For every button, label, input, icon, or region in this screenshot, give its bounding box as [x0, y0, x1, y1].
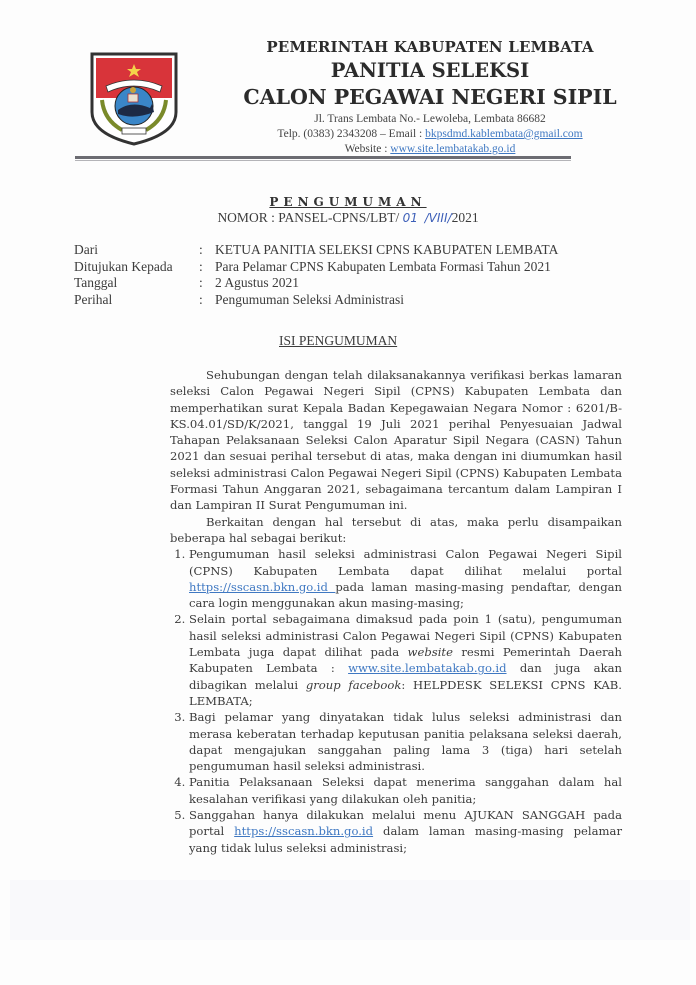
committee-name: PANITIA SELEKSI [200, 59, 660, 85]
item-text: Panitia Pelaksanaan Seleksi dapat meneri… [189, 775, 622, 805]
lembata-emblem-icon [88, 50, 180, 146]
meta-row-date: Tanggal:2 Agustus 2021 [74, 275, 558, 292]
meta-sep: : [199, 242, 215, 259]
list-item: Selain portal sebagaimana dimaksud pada … [189, 611, 622, 709]
meta-value: Pengumuman Seleksi Administrasi [215, 292, 404, 309]
meta-sep: : [199, 275, 215, 292]
list-item: Panitia Pelaksanaan Seleksi dapat meneri… [189, 774, 622, 807]
paragraph-points-intro: Berkaitan dengan hal tersebut di atas, m… [170, 514, 622, 547]
committee-subtitle: CALON PEGAWAI NEGERI SIPIL [200, 85, 660, 112]
handwritten-number: 01 [403, 211, 418, 225]
meta-value: KETUA PANITIA SELEKSI CPNS KABUPATEN LEM… [215, 242, 558, 259]
item-text: Bagi pelamar yang dinyatakan tidak lulus… [189, 710, 622, 773]
meta-row-subject: Perihal:Pengumuman Seleksi Administrasi [74, 292, 558, 309]
announcement-page: PEMERINTAH KABUPATEN LEMBATA PANITIA SEL… [0, 0, 696, 985]
letter-metadata: Dari:KETUA PANITIA SELEKSI CPNS KABUPATE… [74, 242, 558, 308]
meta-sep: : [199, 259, 215, 276]
list-item: Pengumuman hasil seleksi administrasi Ca… [189, 546, 622, 611]
item-italic: website [408, 645, 453, 659]
announcement-body: Sehubungan dengan telah dilaksanakannya … [170, 367, 622, 856]
meta-row-from: Dari:KETUA PANITIA SELEKSI CPNS KABUPATE… [74, 242, 558, 259]
number-prefix: NOMOR : PANSEL-CPNS/LBT/ [217, 210, 402, 225]
sscasn-link[interactable]: https://sscasn.bkn.go.id [234, 824, 373, 838]
sscasn-link[interactable]: https://sscasn.bkn.go.id [189, 580, 335, 594]
paragraph-intro: Sehubungan dengan telah dilaksanakannya … [170, 367, 622, 514]
meta-label: Perihal [74, 292, 199, 309]
government-name: PEMERINTAH KABUPATEN LEMBATA [200, 38, 660, 58]
website-label: Website : [345, 143, 391, 155]
item-italic: group facebook [306, 678, 402, 692]
website-link[interactable]: www.site.lembatakab.go.id [390, 143, 515, 155]
letterhead: PEMERINTAH KABUPATEN LEMBATA PANITIA SEL… [200, 38, 660, 157]
meta-value: Para Pelamar CPNS Kabupaten Lembata Form… [215, 259, 551, 276]
contact-line: Telp. (0383) 2343208 – Email : bkpsdmd.k… [200, 127, 660, 142]
points-list: Pengumuman hasil seleksi administrasi Ca… [170, 546, 622, 856]
letterhead-divider [75, 156, 571, 159]
meta-label: Tanggal [74, 275, 199, 292]
website-line: Website : www.site.lembatakab.go.id [200, 142, 660, 157]
letterhead-divider-thin [75, 160, 571, 161]
meta-row-to: Ditujukan Kepada:Para Pelamar CPNS Kabup… [74, 259, 558, 276]
announcement-title: PENGUMUMAN [0, 195, 696, 209]
content-heading: ISI PENGUMUMAN [279, 333, 397, 349]
number-year: 2021 [452, 210, 479, 225]
meta-value: 2 Agustus 2021 [215, 275, 299, 292]
phone-text: Telp. (0383) 2343208 – Email : [277, 128, 425, 140]
meta-label: Dari [74, 242, 199, 259]
meta-label: Ditujukan Kepada [74, 259, 199, 276]
item-text: Pengumuman hasil seleksi administrasi Ca… [189, 547, 622, 577]
handwritten-month: /VIII/ [425, 211, 452, 225]
announcement-number: NOMOR : PANSEL-CPNS/LBT/ 01 /VIII/2021 [0, 210, 696, 226]
list-item: Bagi pelamar yang dinyatakan tidak lulus… [189, 709, 622, 774]
address: Jl. Trans Lembata No.- Lewoleba, Lembata… [200, 112, 660, 127]
scan-artifact [10, 880, 690, 940]
meta-sep: : [199, 292, 215, 309]
list-item: Sanggahan hanya dilakukan melalui menu A… [189, 807, 622, 856]
email-link[interactable]: bkpsdmd.kablembata@gmail.com [425, 128, 583, 140]
website-link[interactable]: www.site.lembatakab.go.id [348, 661, 506, 675]
